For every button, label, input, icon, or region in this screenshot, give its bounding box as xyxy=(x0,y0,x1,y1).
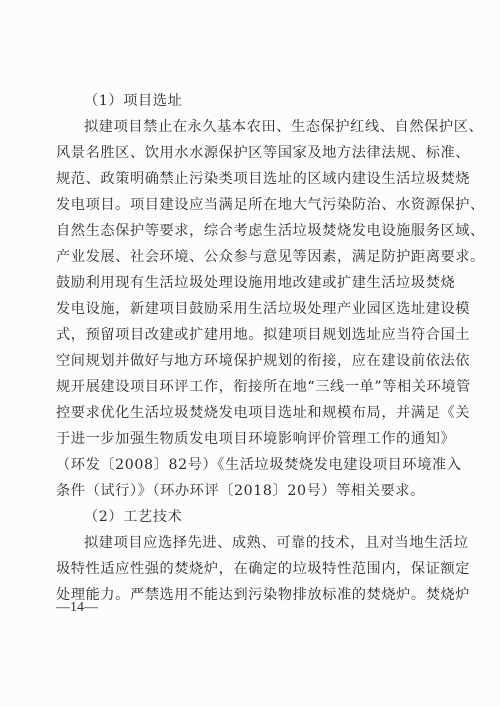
paragraph-line: 发电项目。项目建设应当满足所在地大气污染防治、水资源保护、 xyxy=(56,192,446,218)
paragraph-line: 空间规划并做好与地方环境保护规划的衔接，应在建设前依法依 xyxy=(56,348,446,374)
paragraph-line: 规范、政策明确禁止污染类项目选址的区域内建设生活垃圾焚烧 xyxy=(56,166,446,192)
paragraph-line: 圾特性适应性强的焚烧炉，在确定的垃圾特性范围内，保证额定 xyxy=(56,556,446,582)
paragraph-line: 拟建项目禁止在永久基本农田、生态保护红线、自然保护区、 xyxy=(56,114,446,140)
document-page: （1）项目选址 拟建项目禁止在永久基本农田、生态保护红线、自然保护区、 风景名胜… xyxy=(56,88,446,608)
paragraph-line: 自然生态保护等要求，综合考虑生活垃圾焚烧发电设施服务区域、 xyxy=(56,218,446,244)
section-heading-process-technology: （2）工艺技术 xyxy=(56,504,446,530)
paragraph-line: 式，预留项目改建或扩建用地。拟建项目规划选址应当符合国土 xyxy=(56,322,446,348)
paragraph-line: 拟建项目应选择先进、成熟、可靠的技术，且对当地生活垃 xyxy=(56,530,446,556)
paragraph-line: 规开展建设项目环评工作，衔接所在地“三线一单”等相关环境管 xyxy=(56,374,446,400)
section-heading-site-selection: （1）项目选址 xyxy=(56,88,446,114)
paragraph-line: 于进一步加强生物质发电项目环境影响评价管理工作的通知》 xyxy=(56,426,446,452)
paragraph-line: 条件（试行）》（环办环评〔2018〕20号）等相关要求。 xyxy=(56,478,446,504)
page-number: —14— xyxy=(56,600,98,616)
paragraph-line: （环发〔2008〕82号）《生活垃圾焚烧发电建设项目环境准入 xyxy=(56,452,446,478)
paragraph-line: 控要求优化生活垃圾焚烧发电项目选址和规模布局，并满足《关 xyxy=(56,400,446,426)
paragraph-line: 发电设施，新建项目鼓励采用生活垃圾处理产业园区选址建设模 xyxy=(56,296,446,322)
paragraph-line: 处理能力。严禁选用不能达到污染物排放标准的焚烧炉。焚烧炉 xyxy=(56,582,446,608)
paragraph-line: 鼓励利用现有生活垃圾处理设施用地改建或扩建生活垃圾焚烧 xyxy=(56,270,446,296)
paragraph-line: 风景名胜区、饮用水水源保护区等国家及地方法律法规、标准、 xyxy=(56,140,446,166)
paragraph-line: 产业发展、社会环境、公众参与意见等因素，满足防护距离要求。 xyxy=(56,244,446,270)
